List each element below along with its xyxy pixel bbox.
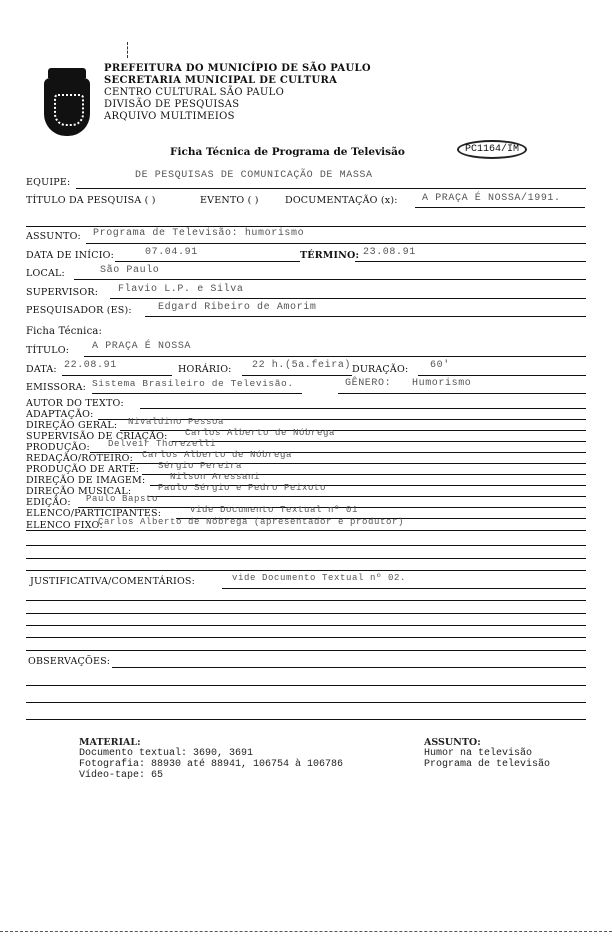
material-line-1: Documento textual: 3690, 3691 xyxy=(79,748,343,759)
edicao-value: Paulo Bapsto xyxy=(86,494,158,504)
supervisao-criacao-value: Carlos Alberto de Nóbrega xyxy=(185,428,335,438)
supervisor-value: Flavio L.P. e Silva xyxy=(118,284,243,295)
org-line-3: CENTRO CULTURAL SÃO PAULO xyxy=(104,87,371,99)
org-header: PREFEITURA DO MUNICÍPIO DE SÃO PAULO SEC… xyxy=(104,63,371,123)
direcao-geral-value: Nivaldino Pessoa xyxy=(128,417,224,427)
org-line-1: PREFEITURA DO MUNICÍPIO DE SÃO PAULO xyxy=(104,63,371,75)
justificativa-label: JUSTIFICATIVA/COMENTÁRIOS: xyxy=(30,576,195,587)
termino-value: 23.08.91 xyxy=(363,247,416,258)
producao-value: Delveir Thorezelli xyxy=(108,439,216,449)
observacoes-label: OBSERVAÇÕES: xyxy=(28,656,110,667)
horario-label: HORÁRIO: xyxy=(178,364,232,375)
data-inicio-label: DATA DE INÍCIO: xyxy=(26,250,114,261)
data-label: DATA: xyxy=(26,364,57,375)
assunto-line-2: Programa de televisão xyxy=(424,759,550,770)
edicao-label: EDIÇÃO: xyxy=(26,497,71,508)
redacao-label: REDAÇÃO/ROTEIRO: xyxy=(26,453,133,464)
autor-label: AUTOR DO TEXTO: xyxy=(26,398,124,409)
titulo-value: A PRAÇA É NOSSA xyxy=(92,341,191,352)
elenco-fixo-value: Carlos Alberto de Nóbrega (apresentador … xyxy=(98,517,404,527)
local-label: LOCAL: xyxy=(26,268,65,279)
org-line-5: ARQUIVO MULTIMEIOS xyxy=(104,111,371,123)
producao-label: PRODUÇÃO: xyxy=(26,442,90,453)
assunto-value: Programa de Televisão: humorismo xyxy=(93,228,304,239)
data-value: 22.08.91 xyxy=(64,360,117,371)
assunto-block: ASSUNTO: Humor na televisão Programa de … xyxy=(424,737,550,770)
form-code: PC1164/IM xyxy=(457,140,527,159)
org-line-4: DIVISÃO DE PESQUISAS xyxy=(104,99,371,111)
material-block: MATERIAL: Documento textual: 3690, 3691 … xyxy=(79,737,343,781)
producao-arte-value: Sérgio Pereira xyxy=(158,461,242,471)
documentacao-value: A PRAÇA É NOSSA/1991. xyxy=(422,193,561,204)
assunto-line-1: Humor na televisão xyxy=(424,748,550,759)
material-line-3: Vídeo-tape: 65 xyxy=(79,770,343,781)
adaptacao-label: ADAPTAÇÃO: xyxy=(26,409,94,420)
duracao-value: 60' xyxy=(430,360,450,371)
top-mark xyxy=(127,42,129,58)
equipe-value: DE PESQUISAS DE COMUNICAÇÃO DE MASSA xyxy=(135,170,373,181)
emissora-label: EMISSORA: xyxy=(26,382,86,393)
documentacao-option: DOCUMENTAÇÃO (x): xyxy=(285,195,398,206)
justificativa-value: vide Documento Textual nº 02. xyxy=(232,573,406,583)
local-value: São Paulo xyxy=(100,265,159,276)
direcao-imagem-value: Nilson Aressani xyxy=(170,472,260,482)
genero-label: GÊNERO: xyxy=(345,378,391,389)
direcao-imagem-label: DIREÇÃO DE IMAGEM: xyxy=(26,475,145,486)
scan-edge xyxy=(0,931,612,934)
duracao-label: DURAÇÃO: xyxy=(352,364,408,375)
form-title: Ficha Técnica de Programa de Televisão xyxy=(170,146,405,158)
direcao-musical-value: Paulo Sérgio e Pedro Peixoto xyxy=(158,483,326,493)
pesquisador-label: PESQUISADOR (ES): xyxy=(26,305,132,316)
supervisor-label: SUPERVISOR: xyxy=(26,287,98,298)
titulo-pesquisa-option: TÍTULO DA PESQUISA ( ) xyxy=(26,195,156,206)
material-heading: MATERIAL: xyxy=(79,737,343,748)
elenco-value: vide Documento Textual nº 01 xyxy=(190,505,358,515)
producao-arte-label: PRODUÇÃO DE ARTE: xyxy=(26,464,139,475)
titulo-label: TÍTULO: xyxy=(26,345,69,356)
pesquisador-value: Edgard Ribeiro de Amorim xyxy=(158,302,316,313)
material-line-2: Fotografia: 88930 até 88941, 106754 à 10… xyxy=(79,759,343,770)
termino-label: TÉRMINO: xyxy=(300,250,359,261)
equipe-label: EQUIPE: xyxy=(26,177,70,188)
org-line-2: SECRETARIA MUNICIPAL DE CULTURA xyxy=(104,75,371,87)
direcao-geral-label: DIREÇÃO GERAL: xyxy=(26,420,117,431)
ficha-tecnica-heading: Ficha Técnica: xyxy=(26,326,102,337)
assunto-heading: ASSUNTO: xyxy=(424,737,550,748)
evento-option: EVENTO ( ) xyxy=(200,195,259,206)
city-coat-of-arms-icon xyxy=(44,68,90,136)
genero-value: Humorismo xyxy=(412,378,471,389)
redacao-value: Carlos Alberto de Nóbrega xyxy=(142,450,292,460)
emissora-value: Sistema Brasileiro de Televisão. xyxy=(92,378,294,389)
assunto-label: ASSUNTO: xyxy=(26,231,81,242)
horario-value: 22 h.(5a.feira) xyxy=(252,360,351,371)
data-inicio-value: 07.04.91 xyxy=(145,247,198,258)
